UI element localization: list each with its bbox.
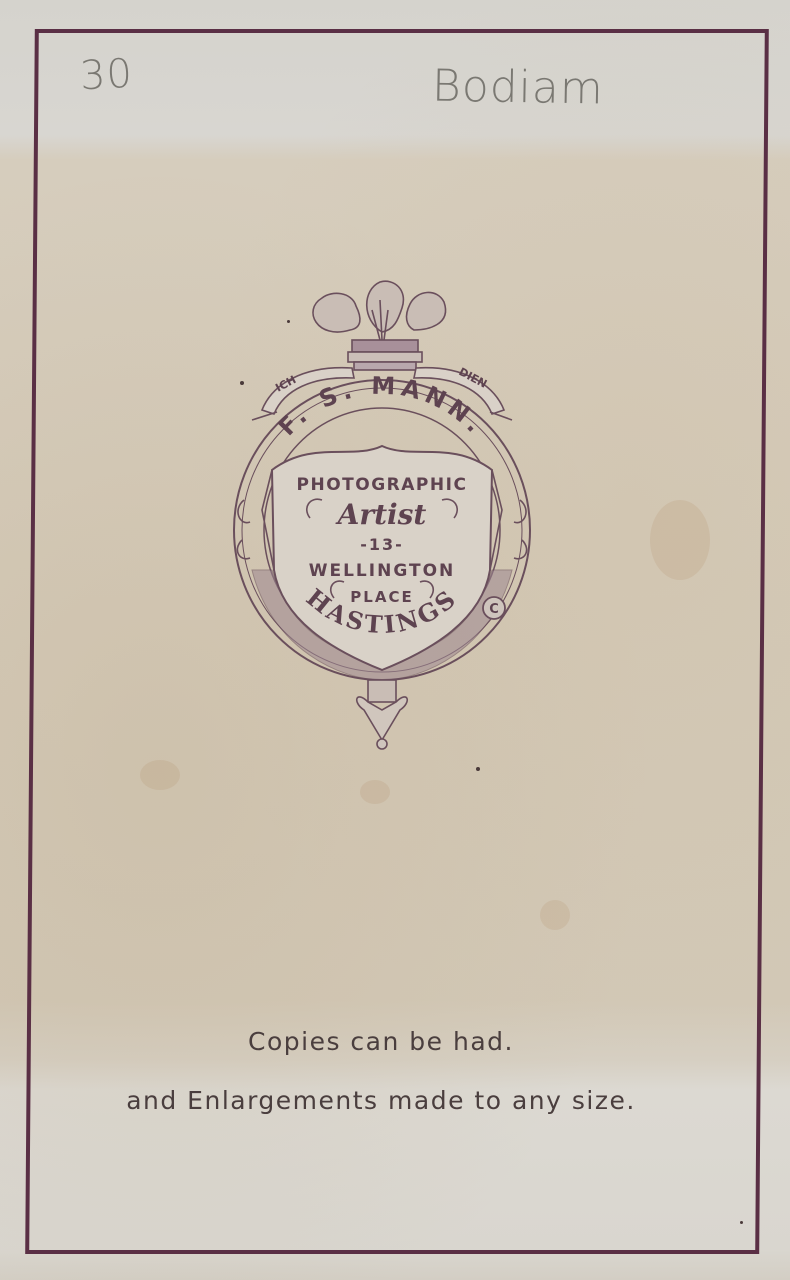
emblem-line-photographic: PHOTOGRAPHIC (297, 475, 468, 495)
ink-speck (287, 320, 290, 323)
copyright-icon: C (483, 597, 505, 619)
ink-speck (240, 381, 244, 385)
emblem-line-artist: Artist (335, 498, 427, 531)
pendant-ornament-icon (357, 680, 407, 749)
handwritten-place-name: Bodiam (432, 61, 605, 115)
ink-speck (476, 767, 480, 771)
handwritten-number: 30 (79, 51, 134, 100)
svg-text:C: C (489, 602, 499, 617)
feathers-crest-icon (313, 281, 446, 370)
emblem-line-number: -13- (360, 535, 404, 554)
ink-speck (740, 1221, 743, 1224)
footer-enlargements-text: and Enlargements made to any size. (0, 1086, 762, 1115)
emblem-line-place: PLACE (350, 588, 413, 606)
footer-copies-text: Copies can be had. (0, 1027, 762, 1056)
emblem-line-street: WELLINGTON (309, 561, 456, 581)
photographer-emblem: ICH DIEN F. S. MANN. PHOTOGRAPHIC Artist… (222, 270, 542, 760)
